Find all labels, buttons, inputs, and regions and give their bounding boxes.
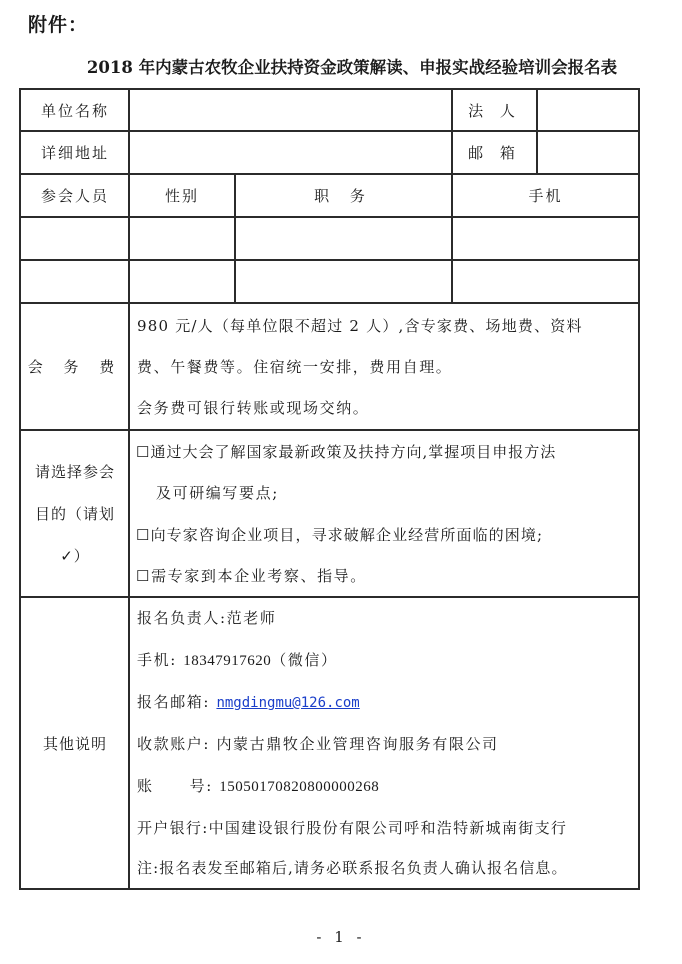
attendee-name-cell[interactable] (21, 218, 129, 259)
account-name-label: 收款账户: (137, 735, 216, 753)
account-number-label: 号: (190, 777, 220, 795)
attendee-mobile-cell[interactable] (453, 261, 638, 302)
account-number: 账号: 15050170820800000268 (137, 775, 379, 797)
attendee-name-cell[interactable] (21, 261, 129, 302)
legal-person-field[interactable] (538, 90, 638, 130)
table-border (20, 888, 640, 890)
purpose-label-line: ✓） (60, 535, 90, 577)
attendee-position-cell[interactable] (236, 261, 451, 302)
account-number-value: 15050170820800000268 (219, 779, 379, 795)
mobile-header: 手机 (453, 175, 638, 216)
purpose-option-2[interactable]: ☐向专家咨询企业项目，寻求破解企业经营所面临的困境; (136, 524, 543, 546)
position-header: 职 务 (236, 175, 451, 216)
email-label: 报名邮箱: (137, 693, 216, 711)
contact-person: 报名负责人:范老师 (137, 607, 276, 629)
purpose-label-line: 目的（请划 (35, 493, 115, 535)
fee-description: 980 元/人（每单位限不超过 2 人）,含专家费、场地费、资料 费、午餐费等。… (137, 304, 637, 429)
fee-label: 会 务 费 (21, 304, 129, 429)
fee-line: 980 元/人（每单位限不超过 2 人）,含专家费、场地费、资料 (137, 315, 583, 337)
checkbox-icon[interactable]: ☐ (136, 567, 151, 585)
purpose-option-text: 向专家咨询企业项目，寻求破解企业经营所面临的困境; (151, 526, 544, 544)
account-name-value: 内蒙古鼎牧企业管理咨询服务有限公司 (216, 735, 498, 753)
purpose-options: ☐通过大会了解国家最新政策及扶持方向,掌握项目申报方法 及可研编写要点; ☐向专… (136, 431, 636, 596)
attendees-header: 参会人员 (21, 175, 129, 216)
checkbox-icon[interactable]: ☐ (136, 443, 150, 461)
address-label: 详细地址 (21, 132, 129, 173)
attendee-position-cell[interactable] (236, 218, 451, 259)
account-name: 收款账户: 内蒙古鼎牧企业管理咨询服务有限公司 (137, 733, 499, 755)
email-label: 邮 箱 (453, 132, 536, 173)
contact-phone: 手机: 18347917620（微信） (137, 649, 338, 671)
gender-header: 性别 (130, 175, 234, 216)
attendee-gender-cell[interactable] (130, 261, 234, 302)
contact-value: 范老师 (227, 609, 277, 627)
unit-name-field[interactable] (130, 90, 451, 130)
purpose-option-1[interactable]: ☐通过大会了解国家最新政策及扶持方向,掌握项目申报方法 (136, 441, 556, 463)
fee-line: 费、午餐费等。住宿统一安排，费用自理。 (137, 356, 452, 378)
contact-label: 报名负责人: (137, 609, 227, 627)
attendee-mobile-cell[interactable] (453, 218, 638, 259)
purpose-option-3[interactable]: ☐需专家到本企业考察、指导。 (136, 565, 367, 587)
fee-line: 会务费可银行转账或现场交纳。 (137, 397, 369, 419)
table-border (638, 88, 640, 890)
address-field[interactable] (130, 132, 451, 173)
submission-note: 注:报名表发至邮箱后,请务必联系报名负责人确认报名信息。 (137, 857, 568, 879)
legal-person-label: 法 人 (453, 90, 536, 130)
contact-email: 报名邮箱: nmgdingmu@126.com (137, 691, 360, 713)
other-notes: 报名负责人:范老师 手机: 18347917620（微信） 报名邮箱: nmgd… (137, 598, 637, 888)
checkbox-icon[interactable]: ☐ (136, 526, 151, 544)
bank-name: 开户银行:中国建设银行股份有限公司呼和浩特新城南街支行 (137, 817, 567, 839)
purpose-option-text: 通过大会了解国家最新政策及扶持方向,掌握项目申报方法 (150, 443, 556, 461)
purpose-label-line: 请选择参会 (35, 451, 115, 493)
bank-label: 开户银行: (137, 819, 209, 837)
email-link[interactable]: nmgdingmu@126.com (216, 695, 359, 711)
phone-label: 手机: (137, 651, 183, 669)
account-number-label: 账 (137, 777, 154, 795)
purpose-label: 请选择参会 目的（请划 ✓） (21, 431, 129, 596)
page-number: - 1 - (0, 928, 682, 946)
purpose-option-text: 需专家到本企业考察、指导。 (151, 567, 367, 585)
bank-value: 中国建设银行股份有限公司呼和浩特新城南街支行 (209, 819, 568, 837)
email-field[interactable] (538, 132, 638, 173)
purpose-option-1-continuation: 及可研编写要点; (156, 482, 279, 504)
phone-note: （微信） (271, 651, 337, 669)
other-notes-label: 其他说明 (21, 598, 129, 888)
attendee-gender-cell[interactable] (130, 218, 234, 259)
phone-value: 18347917620 (183, 653, 271, 669)
unit-name-label: 单位名称 (21, 90, 129, 130)
